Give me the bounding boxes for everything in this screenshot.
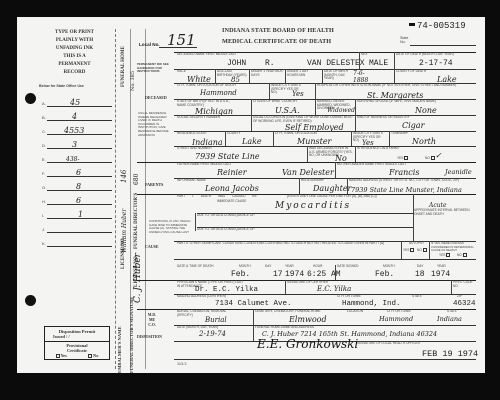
disposition-date: 2-19-74: [199, 330, 226, 338]
farm-yes-checkbox[interactable]: YES: [397, 156, 408, 160]
state-no-label: State No.: [400, 37, 410, 44]
instruction-line: PLAINLY WITH: [37, 37, 112, 45]
cause-interval: Acute: [429, 202, 447, 209]
registrar-signature: E.E. Gronkowski: [257, 337, 358, 351]
state-no-dash: [409, 23, 415, 26]
deceased-last-name: VAN DELESTEX: [307, 59, 365, 68]
provisional-yes-checkbox[interactable]: Yes: [56, 353, 67, 358]
state-file-number: 74-005319: [417, 21, 466, 31]
signed-day: 18: [415, 270, 425, 279]
office-use-label: Below for State Office Use: [39, 85, 84, 89]
certifier-zip: 46324: [453, 300, 476, 308]
farm-no-checkbox[interactable]: NO: [425, 156, 435, 160]
findings-no-checkbox[interactable]: NO: [457, 253, 467, 257]
instructions-block: TYPE OR PRINT PLAINLY WITH UNFADING INK …: [37, 29, 112, 77]
disposition-issued: Issued / /: [45, 334, 109, 339]
marital-status: Widowed: [327, 107, 355, 114]
surviving-spouse: None: [415, 106, 437, 115]
section-disposition: DISPOSITION: [137, 335, 162, 340]
funeral-directors-label: FUNERAL DIRECTOR'S: [134, 193, 139, 249]
funeral-home-number: No. 385: [130, 71, 136, 91]
informant-address: 7939 State Line Munster, Indiana: [351, 186, 462, 194]
director-license-number: 680: [133, 174, 140, 185]
director-signature-label: FUNERAL DIRECTOR'S SIGNATURE: [129, 297, 134, 373]
provisional-no-checkbox[interactable]: No: [88, 353, 98, 358]
findings-yes-checkbox[interactable]: YES: [439, 253, 450, 257]
certifier-city: Hammond, Ind.: [342, 300, 401, 308]
death-year: 1974: [285, 270, 304, 279]
deceased-middle-name: R.: [265, 59, 275, 68]
local-no-label: Local No.: [139, 43, 160, 47]
residence-township: North: [412, 137, 436, 146]
farm-no-checkmark: ✓: [435, 151, 442, 160]
autopsy-yes-checkbox[interactable]: YES: [403, 248, 414, 252]
disposition-state: Indiana: [437, 315, 462, 323]
physician-name: Dr. E.C. Yilka: [195, 286, 258, 294]
deceased-sex: MALE: [369, 59, 388, 68]
state-no-underline: [410, 45, 476, 46]
received-date-stamp: FEB 19 1974: [422, 349, 478, 359]
disposition-permit-box: Disposition Permit Issued / / Provisiona…: [44, 326, 110, 360]
disposition-method: Burial: [205, 316, 227, 324]
instruction-line: RECORD: [37, 69, 112, 77]
embalmer-signature: William Huber: [121, 209, 128, 253]
section-parents: PARENTS: [145, 182, 163, 187]
certificate-title: MEDICAL CERTIFICATE OF DEATH: [222, 39, 331, 44]
death-inside-city: Yes: [292, 90, 304, 98]
certifier-signature: E.C. Yilka: [317, 285, 351, 293]
father-first-name: Reinier: [217, 168, 247, 177]
immediate-cause: Myocarditis: [275, 201, 351, 211]
signed-month: Feb.: [375, 270, 394, 279]
embalmer-license-number: 146: [120, 170, 128, 183]
section-cause: CAUSE: [145, 244, 159, 249]
usual-residence-note: USUAL RESIDENCE WHERE DECEASED LIVED. IF…: [138, 112, 174, 137]
signed-year: 1974: [431, 270, 450, 279]
death-city: Hammond: [200, 89, 237, 97]
office-codes: A.45 B.4 C.4553 D.3 E.438- F.6 G.8 H.6 I…: [42, 93, 112, 247]
residence-county: Lake: [242, 137, 262, 146]
instruction-line: PERMANENT: [37, 61, 112, 69]
provisional-label: Provisional Certificate: [57, 343, 97, 353]
citizenship: U.S.A.: [275, 106, 300, 115]
section-certifier: M.D. ME C.O.: [145, 313, 159, 328]
business-industry: Cigar: [402, 121, 424, 130]
mother-first-name: Francis: [389, 168, 419, 177]
section-deceased: DECEASED: [145, 95, 167, 100]
instruction-line: TYPE OR PRINT: [37, 29, 112, 37]
embalmers-name-label: EMBALMER'S NAME: [117, 326, 122, 373]
certifier-address: 7134 Calumet Ave.: [215, 300, 292, 308]
date-of-death: 2-17-74: [419, 59, 453, 68]
local-no-underline: [159, 47, 197, 48]
director-signature: C. J. Huber: [133, 253, 143, 303]
disposition-city: Hammond: [379, 315, 413, 323]
death-day: 17: [273, 270, 283, 279]
residence-street: 7939 State Line: [195, 152, 260, 161]
autopsy-no-checkbox[interactable]: NO: [417, 248, 427, 252]
punch-hole: [25, 93, 36, 104]
dob-month-day: 7-6-: [353, 70, 365, 77]
informant-name: Leona Jacobs: [205, 184, 259, 193]
funeral-home-label: FUNERAL HOME: [121, 46, 126, 87]
agency-title: INDIANA STATE BOARD OF HEALTH: [222, 28, 334, 33]
deceased-first-name: JOHN: [227, 59, 246, 68]
permanent-ink-label: PERMANENT INK SEE HANDBOOK FOR INSTRUCTI…: [137, 63, 171, 74]
father-last-name: Van Delester: [282, 168, 334, 177]
punch-hole: [25, 295, 36, 306]
residence-city: Munster: [297, 137, 331, 146]
death-month: Feb.: [231, 270, 250, 279]
cemetery-name: Elmwood: [289, 315, 327, 324]
informant-relationship: Daughter: [313, 184, 351, 193]
perforation-line: [115, 29, 116, 369]
instruction-line: THIS IS A: [37, 53, 112, 61]
form-number: 113-3: [177, 363, 186, 367]
death-certificate-sheet: TYPE OR PRINT PLAINLY WITH UNFADING INK …: [17, 17, 485, 373]
instruction-line: UNFADING INK: [37, 45, 112, 53]
mother-last-name: Jeanidle: [445, 168, 472, 176]
